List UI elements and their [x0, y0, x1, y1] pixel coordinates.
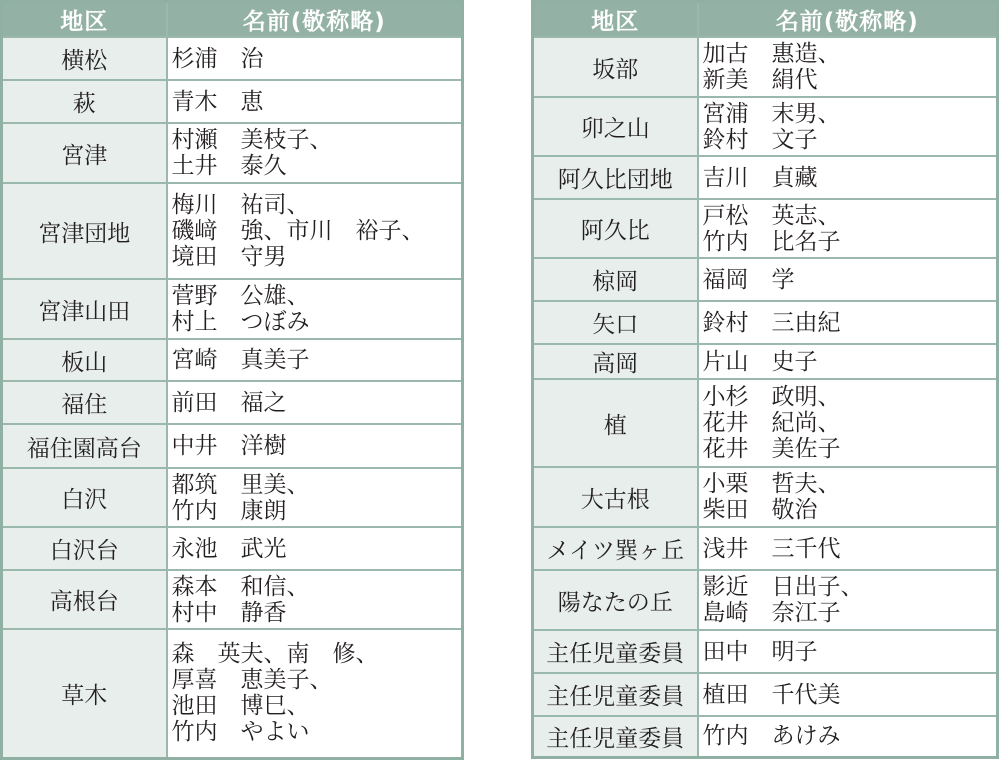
member-name-line: 村中 静香: [172, 600, 462, 626]
names-cell: 浅井 三千代: [698, 527, 998, 570]
table-row: 横松杉浦 治: [2, 37, 463, 80]
member-name-line: 永池 武光: [172, 536, 462, 562]
names-cell: 青木 恵: [167, 80, 463, 123]
area-cell: メイツ巽ヶ丘: [533, 527, 698, 570]
table-row: 白沢都筑 里美、竹内 康朗: [2, 468, 463, 527]
names-cell: 杉浦 治: [167, 37, 463, 80]
member-name-line: 花井 美佐子: [703, 436, 997, 462]
area-cell: 福住: [2, 381, 167, 424]
area-cell: 卯之山: [533, 97, 698, 156]
area-cell: 宮津団地: [2, 183, 167, 279]
member-name-line: 影近 日出子、: [703, 574, 997, 600]
names-cell: 宮浦 末男、鈴村 文子: [698, 97, 998, 156]
table-row: 植小杉 政明、花井 紀尚、花井 美佐子: [533, 379, 998, 467]
member-name-line: 小栗 哲夫、: [703, 471, 997, 497]
member-name-line: 新美 絹代: [703, 67, 997, 93]
member-name-line: 青木 恵: [172, 89, 462, 115]
area-cell: 主任児童委員: [533, 716, 698, 757]
names-cell: 宮崎 真美子: [167, 339, 463, 381]
left-table-body: 横松杉浦 治萩青木 恵宮津村瀬 美枝子、土井 泰久宮津団地梅川 祐司、磯﨑 強、…: [2, 37, 463, 758]
member-name-line: 杉浦 治: [172, 46, 462, 72]
table-header-row: 地区 名前(敬称略): [533, 2, 998, 38]
member-name-line: 池田 博巳、: [172, 693, 462, 719]
member-name-line: 田中 明子: [703, 639, 997, 665]
table-row: 宮津団地梅川 祐司、磯﨑 強、市川 裕子、境田 守男: [2, 183, 463, 279]
column-header-area: 地区: [533, 2, 698, 38]
names-cell: 植田 千代美: [698, 673, 998, 716]
right-table-body: 坂部加古 惠造、新美 絹代卯之山宮浦 末男、鈴村 文子阿久比団地吉川 貞藏阿久比…: [533, 37, 998, 757]
table-row: 主任児童委員植田 千代美: [533, 673, 998, 716]
table-row: 白沢台永池 武光: [2, 527, 463, 570]
table-header-row: 地区 名前(敬称略): [2, 2, 463, 38]
area-cell: 坂部: [533, 37, 698, 97]
right-members-table: 地区 名前(敬称略) 坂部加古 惠造、新美 絹代卯之山宮浦 末男、鈴村 文子阿久…: [531, 0, 999, 759]
names-cell: 竹内 あけみ: [698, 716, 998, 757]
member-name-line: 宮浦 末男、: [703, 101, 997, 127]
names-cell: 戸松 英志、竹内 比名子: [698, 199, 998, 258]
names-cell: 中井 洋樹: [167, 424, 463, 468]
area-cell: 椋岡: [533, 258, 698, 301]
member-name-line: 植田 千代美: [703, 682, 997, 708]
area-cell: 白沢: [2, 468, 167, 527]
names-cell: 田中 明子: [698, 630, 998, 673]
member-name-line: 花井 紀尚、: [703, 410, 997, 436]
names-cell: 森 英夫、南 修、厚喜 恵美子、池田 博巳、竹内 やよい: [167, 629, 463, 758]
area-cell: 高岡: [533, 344, 698, 379]
member-name-line: 前田 福之: [172, 390, 462, 416]
member-name-line: 竹内 やよい: [172, 719, 462, 745]
table-row: 卯之山宮浦 末男、鈴村 文子: [533, 97, 998, 156]
names-cell: 前田 福之: [167, 381, 463, 424]
table-row: 福住前田 福之: [2, 381, 463, 424]
names-cell: 村瀬 美枝子、土井 泰久: [167, 123, 463, 183]
table-row: 板山宮崎 真美子: [2, 339, 463, 381]
names-cell: 福岡 学: [698, 258, 998, 301]
table-row: 高岡片山 史子: [533, 344, 998, 379]
member-name-line: 宮崎 真美子: [172, 347, 462, 373]
member-name-line: 竹内 康朗: [172, 498, 462, 524]
names-cell: 森本 和信、村中 静香: [167, 570, 463, 629]
member-name-line: 福岡 学: [703, 267, 997, 293]
table-row: メイツ巽ヶ丘浅井 三千代: [533, 527, 998, 570]
names-cell: 加古 惠造、新美 絹代: [698, 37, 998, 97]
member-name-line: 鈴村 文子: [703, 127, 997, 153]
member-name-line: 磯﨑 強、市川 裕子、: [172, 218, 462, 244]
member-name-line: 竹内 比名子: [703, 229, 997, 255]
area-cell: 高根台: [2, 570, 167, 629]
member-name-line: 村瀬 美枝子、: [172, 127, 462, 153]
table-row: 主任児童委員田中 明子: [533, 630, 998, 673]
area-cell: 大古根: [533, 467, 698, 527]
table-row: 大古根小栗 哲夫、柴田 敬治: [533, 467, 998, 527]
member-name-line: 梅川 祐司、: [172, 192, 462, 218]
table-row: 陽なたの丘影近 日出子、島崎 奈江子: [533, 570, 998, 630]
area-cell: 板山: [2, 339, 167, 381]
area-cell: 草木: [2, 629, 167, 758]
names-cell: 菅野 公雄、村上 つぼみ: [167, 279, 463, 339]
area-cell: 阿久比: [533, 199, 698, 258]
area-cell: 福住園高台: [2, 424, 167, 468]
member-name-line: 中井 洋樹: [172, 433, 462, 459]
area-cell: 横松: [2, 37, 167, 80]
column-header-name: 名前(敬称略): [167, 2, 463, 38]
table-row: 高根台森本 和信、村中 静香: [2, 570, 463, 629]
column-header-name: 名前(敬称略): [698, 2, 998, 38]
table-row: 阿久比団地吉川 貞藏: [533, 156, 998, 199]
names-cell: 永池 武光: [167, 527, 463, 570]
member-name-line: 島崎 奈江子: [703, 600, 997, 626]
member-name-line: 土井 泰久: [172, 153, 462, 179]
member-name-line: 都筑 里美、: [172, 472, 462, 498]
table-row: 萩青木 恵: [2, 80, 463, 123]
names-cell: 小栗 哲夫、柴田 敬治: [698, 467, 998, 527]
table-row: 主任児童委員竹内 あけみ: [533, 716, 998, 757]
column-header-area: 地区: [2, 2, 167, 38]
names-cell: 鈴村 三由紀: [698, 301, 998, 344]
area-cell: 矢口: [533, 301, 698, 344]
member-name-line: 森本 和信、: [172, 574, 462, 600]
member-name-line: 吉川 貞藏: [703, 165, 997, 191]
member-name-line: 竹内 あけみ: [703, 723, 997, 749]
member-name-line: 柴田 敬治: [703, 497, 997, 523]
names-cell: 片山 史子: [698, 344, 998, 379]
member-name-line: 森 英夫、南 修、: [172, 641, 462, 667]
member-name-line: 鈴村 三由紀: [703, 310, 997, 336]
area-cell: 陽なたの丘: [533, 570, 698, 630]
names-cell: 影近 日出子、島崎 奈江子: [698, 570, 998, 630]
member-name-line: 片山 史子: [703, 349, 997, 375]
area-cell: 白沢台: [2, 527, 167, 570]
member-name-line: 菅野 公雄、: [172, 283, 462, 309]
member-name-line: 戸松 英志、: [703, 203, 997, 229]
table-row: 坂部加古 惠造、新美 絹代: [533, 37, 998, 97]
member-name-line: 小杉 政明、: [703, 384, 997, 410]
names-cell: 吉川 貞藏: [698, 156, 998, 199]
table-row: 阿久比戸松 英志、竹内 比名子: [533, 199, 998, 258]
table-row: 宮津山田菅野 公雄、村上 つぼみ: [2, 279, 463, 339]
area-cell: 萩: [2, 80, 167, 123]
table-row: 宮津村瀬 美枝子、土井 泰久: [2, 123, 463, 183]
left-members-table: 地区 名前(敬称略) 横松杉浦 治萩青木 恵宮津村瀬 美枝子、土井 泰久宮津団地…: [0, 0, 464, 760]
member-name-line: 加古 惠造、: [703, 41, 997, 67]
area-cell: 植: [533, 379, 698, 467]
table-row: 草木森 英夫、南 修、厚喜 恵美子、池田 博巳、竹内 やよい: [2, 629, 463, 758]
names-cell: 都筑 里美、竹内 康朗: [167, 468, 463, 527]
area-cell: 阿久比団地: [533, 156, 698, 199]
member-name-line: 村上 つぼみ: [172, 309, 462, 335]
area-cell: 主任児童委員: [533, 673, 698, 716]
area-cell: 宮津山田: [2, 279, 167, 339]
area-cell: 宮津: [2, 123, 167, 183]
area-cell: 主任児童委員: [533, 630, 698, 673]
table-row: 福住園高台中井 洋樹: [2, 424, 463, 468]
table-row: 矢口鈴村 三由紀: [533, 301, 998, 344]
names-cell: 小杉 政明、花井 紀尚、花井 美佐子: [698, 379, 998, 467]
member-name-line: 境田 守男: [172, 244, 462, 270]
member-name-line: 厚喜 恵美子、: [172, 667, 462, 693]
names-cell: 梅川 祐司、磯﨑 強、市川 裕子、境田 守男: [167, 183, 463, 279]
member-name-line: 浅井 三千代: [703, 536, 997, 562]
table-row: 椋岡福岡 学: [533, 258, 998, 301]
